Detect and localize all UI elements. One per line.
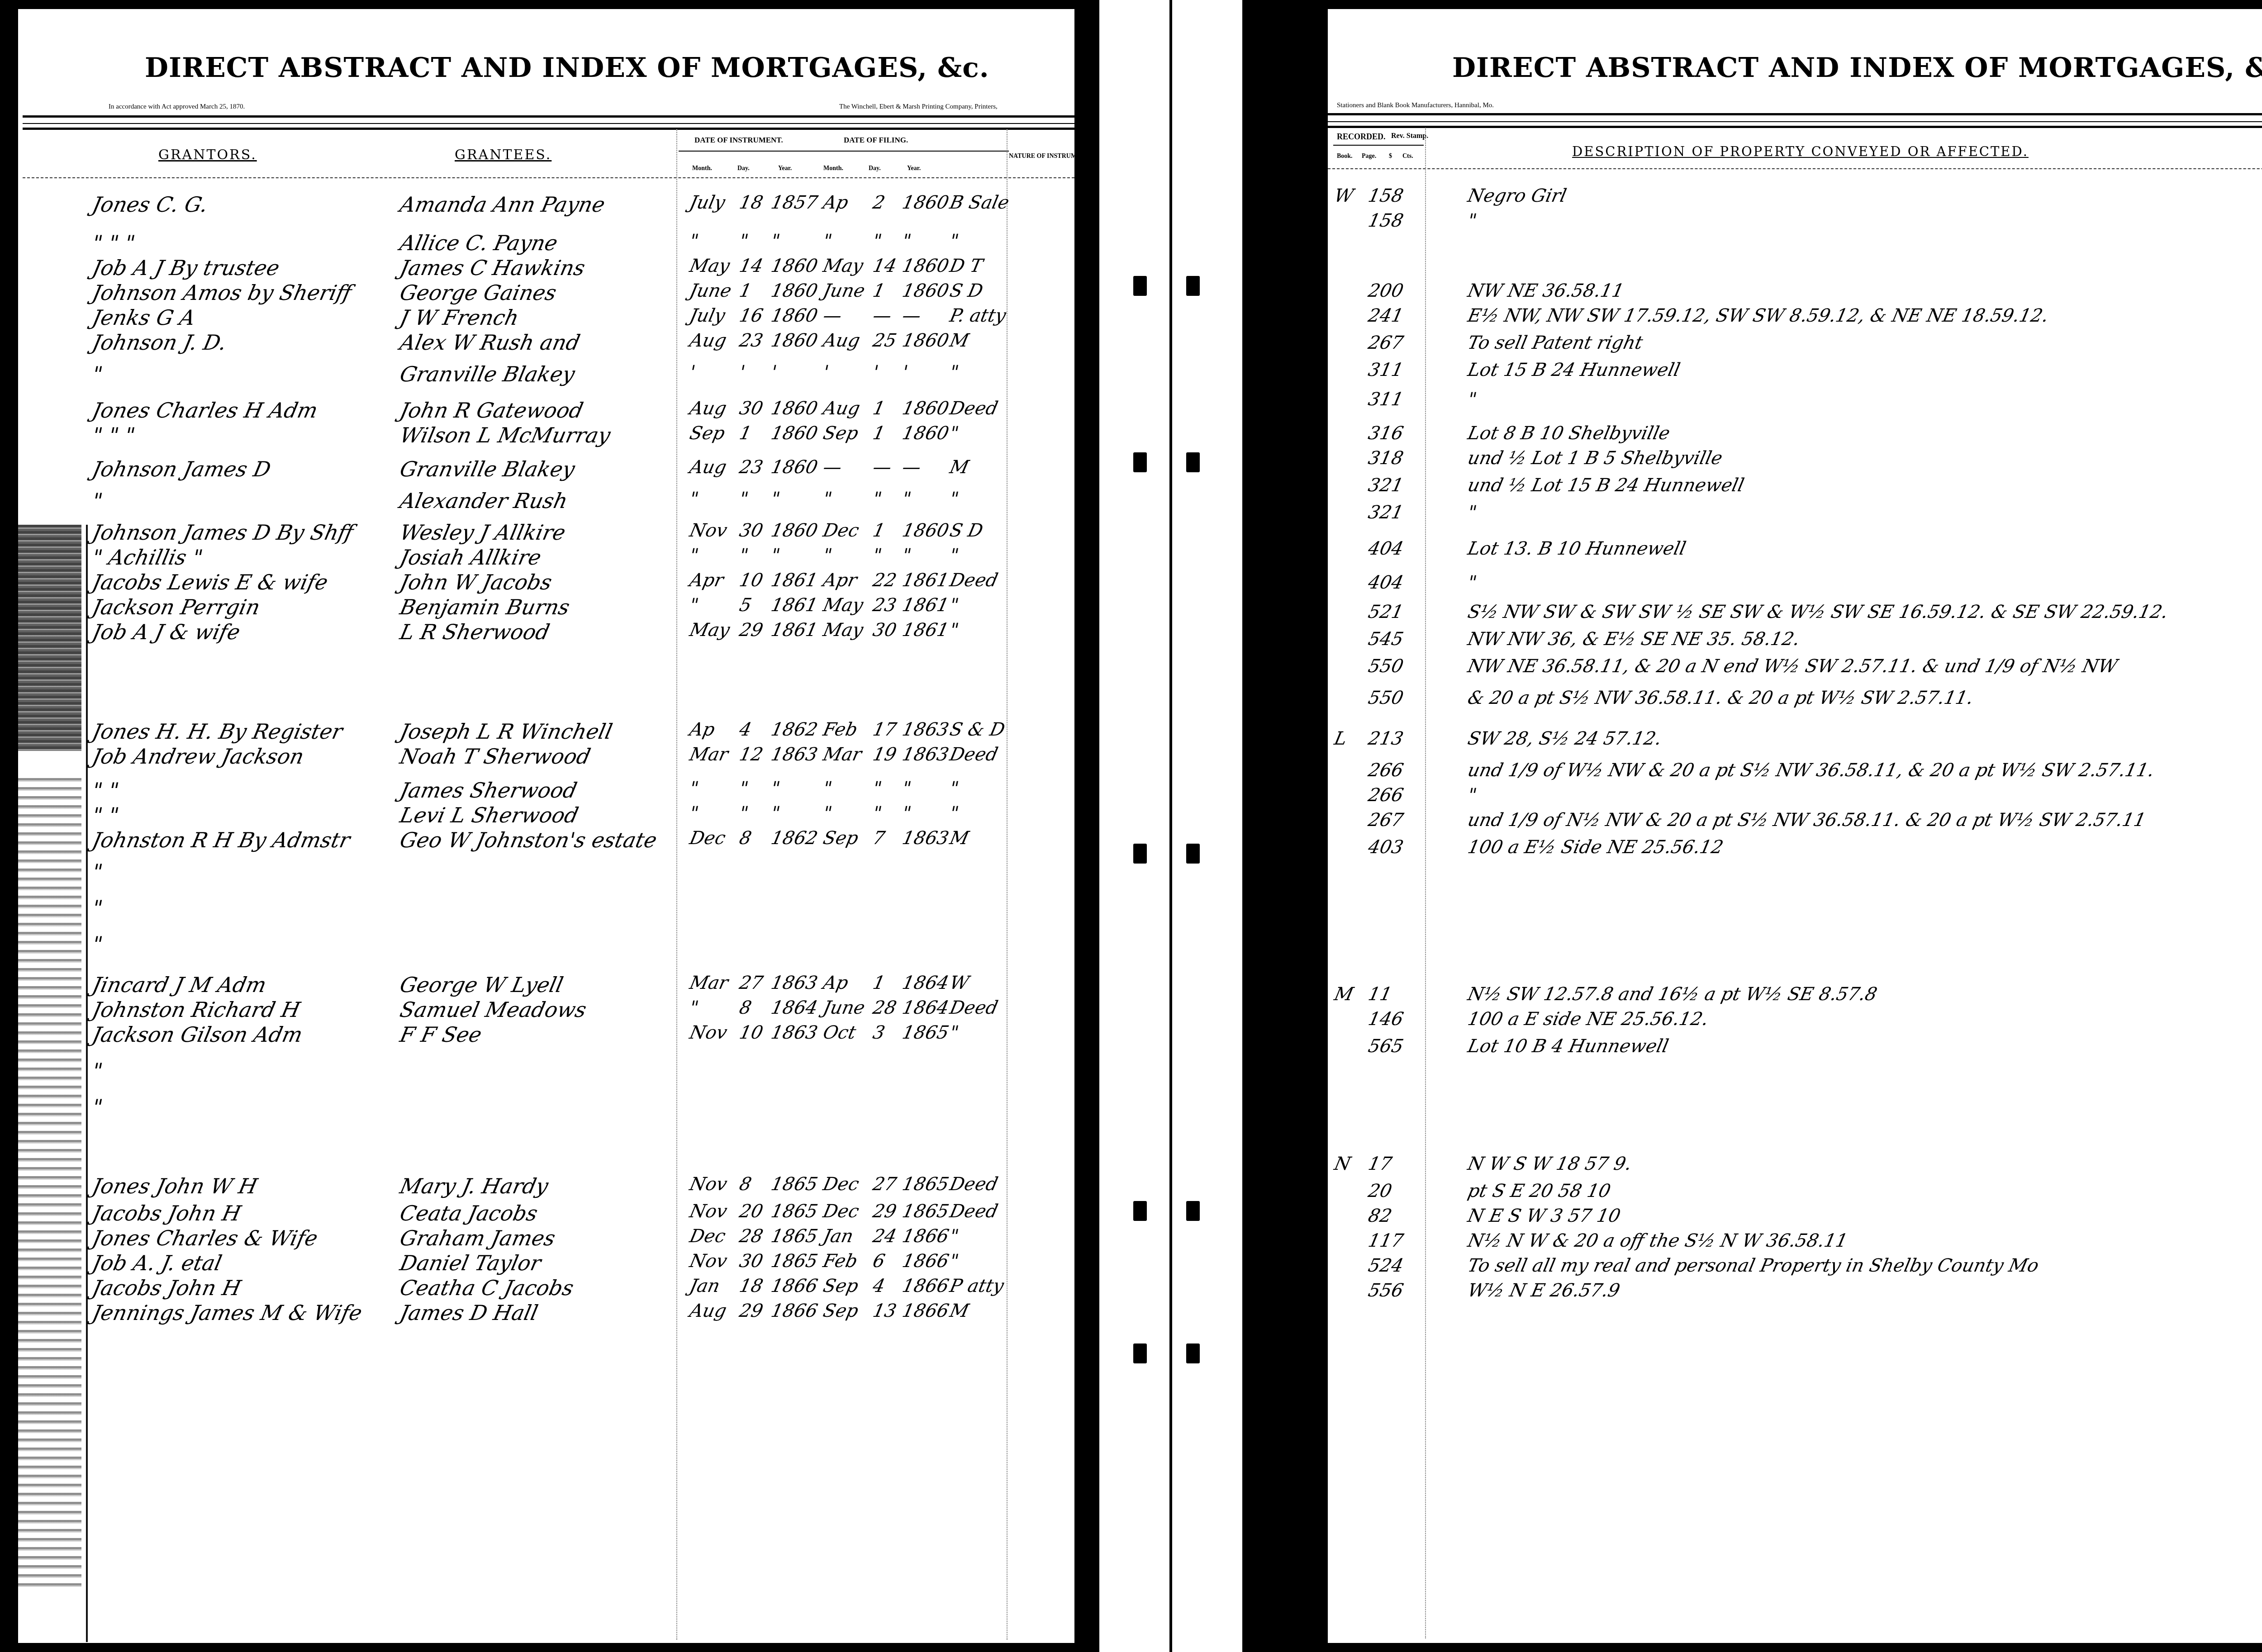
table-row: 321" [1328,502,2262,527]
instrument-month-cell: " [688,803,700,824]
filing-month-cell: Sep [821,1276,860,1296]
table-row: Johnson James D By ShffWesley J AllkireN… [18,520,1074,545]
description-cell: und 1/9 of N½ NW & 20 a pt S½ NW 36.58.1… [1466,810,2148,831]
instrument-month-cell: Nov [688,1174,729,1195]
page-number-cell: 311 [1366,360,1405,380]
column-header-rev-stamp: Rev. Stamp. [1391,132,1428,140]
instrument-year-cell: 1857 [769,192,820,213]
grantee-cell: Granville Blakey [398,457,577,481]
recorded-divider [1333,145,1424,146]
grantor-cell: " " [90,803,121,827]
page-number-cell: 241 [1366,305,1405,326]
nature-cell: S D [948,520,985,541]
instrument-day-cell: 18 [737,192,765,213]
nature-cell: M [948,330,971,351]
table-row: " [18,1095,1074,1120]
grantee-cell: J W French [398,305,521,330]
table-row: 556W½ N E 26.57.9 [1328,1280,2262,1305]
filing-day-cell: 1 [871,973,887,993]
book-cell: L [1332,728,1349,749]
instrument-day-cell: 27 [737,973,765,993]
column-header-date-of-filing: DATE OF FILING. [844,136,908,145]
subheader-year: Year. [778,165,792,172]
nature-cell: P. atty [948,305,1008,326]
filing-year-cell: 1861 [900,620,951,641]
table-row: Jacobs John HCeata JacobsNov201865Dec291… [18,1201,1074,1226]
subheader-dollars: $ [1389,153,1392,160]
nature-cell: B Sale [948,192,1011,213]
grantee-cell: James D Hall [398,1301,540,1325]
table-row: 316Lot 8 B 10 Shelbyville [1328,423,2262,448]
filing-month-cell: Dec [821,520,861,541]
binding-gutter-right [1169,0,1242,1652]
instrument-month-cell: May [688,256,732,276]
instrument-month-cell: July [688,305,727,326]
filing-year-cell: 1860 [900,423,951,444]
table-row: 403100 a E½ Side NE 25.56.12 [1328,837,2262,862]
binding-tab-left [1133,276,1147,296]
instrument-month-cell: " [688,778,700,799]
grantor-cell: Jacobs John H [90,1276,243,1300]
imprint-printer: The Winchell, Ebert & Marsh Printing Com… [839,103,998,111]
filing-month-cell: Dec [821,1174,861,1195]
grantor-cell: " " [90,778,121,802]
table-row: Jones Charles H AdmJohn R GatewoodAug301… [18,398,1074,423]
instrument-year-cell: 1860 [769,330,820,351]
header-rule [1328,126,2262,128]
instrument-day-cell: 23 [737,330,765,351]
filing-month-cell: " [821,545,834,566]
grantee-cell: Samuel Meadows [398,997,589,1022]
instrument-month-cell: May [688,620,732,641]
page-number-cell: 311 [1366,389,1405,410]
table-row: 545NW NW 36, & E½ SE NE 35. 58.12. [1328,629,2262,654]
filing-year-cell: " [900,231,913,252]
instrument-year-cell: " [769,545,782,566]
binding-tab-right [1186,844,1200,864]
binding-tab-right [1186,1201,1200,1221]
table-row: 311Lot 15 B 24 Hunnewell [1328,360,2262,385]
binding-tab-right [1186,1343,1200,1363]
instrument-month-cell: Nov [688,1022,729,1043]
instrument-day-cell: 1 [737,423,753,444]
filing-month-cell: Sep [821,1301,860,1321]
header-rule [23,115,1074,118]
instrument-day-cell: 30 [737,398,765,419]
instrument-year-cell: 1866 [769,1276,820,1296]
grantee-cell: Noah T Sherwood [398,744,593,769]
filing-month-cell: " [821,803,834,824]
instrument-year-cell: 1865 [769,1201,820,1222]
filing-year-cell: 1866 [900,1301,951,1321]
page-number-cell: 565 [1366,1036,1405,1057]
table-row: Job Andrew JacksonNoah T SherwoodMar1218… [18,744,1074,769]
page-number-cell: 404 [1366,572,1405,593]
table-row: Jackson Gilson AdmF F SeeNov101863Oct318… [18,1022,1074,1047]
column-header-nature: NATURE OF INSTRUMENT. [1009,153,1074,160]
filing-year-cell: 1863 [900,719,951,740]
filing-day-cell: " [871,231,884,252]
instrument-year-cell: " [769,231,782,252]
subheader-day: Day. [737,165,750,172]
page-number-cell: 403 [1366,837,1405,858]
grantor-cell: " [90,932,105,956]
instrument-year-cell: " [769,803,782,824]
nature-cell: M [948,1301,971,1321]
instrument-day-cell: 14 [737,256,765,276]
filing-year-cell: 1861 [900,595,951,616]
book-cell: M [1332,984,1355,1005]
imprint-act: In accordance with Act approved March 25… [109,103,245,111]
nature-cell: Deed [948,997,1000,1018]
grantee-cell: James Sherwood [398,778,579,802]
filing-day-cell: " [871,545,884,566]
table-row: W158Negro Girl [1328,185,2262,210]
filing-month-cell: May [821,595,865,616]
grantor-cell: " " " [90,423,137,447]
grantor-cell: " [90,1059,105,1083]
instrument-month-cell: Mar [688,973,730,993]
filing-day-cell: 29 [871,1201,898,1222]
grantor-cell: Job Andrew Jackson [90,744,306,769]
instrument-year-cell: 1860 [769,280,820,301]
grantor-cell: " Achillis " [90,545,205,570]
page-number-cell: 550 [1366,656,1405,677]
description-cell: & 20 a pt S½ NW 36.58.11. & 20 a pt W½ S… [1466,688,1975,708]
filing-day-cell: 28 [871,997,898,1018]
description-cell: Lot 8 B 10 Shelbyville [1466,423,1672,444]
filing-year-cell: 1860 [900,398,951,419]
filing-year-cell: 1863 [900,744,951,765]
left-ledger-page: DIRECT ABSTRACT AND INDEX OF MORTGAGES, … [18,9,1074,1643]
grantor-cell: Jones John W H [90,1174,260,1198]
instrument-day-cell: 18 [737,1276,765,1296]
header-rule [23,128,1074,130]
description-cell: NW NE 36.58.11 [1466,280,1626,301]
instrument-year-cell: 1865 [769,1226,820,1247]
instrument-day-cell: " [737,803,750,824]
filing-month-cell: May [821,256,865,276]
table-row: Job A J & wifeL R SherwoodMay291861May30… [18,620,1074,645]
instrument-day-cell: " [737,778,750,799]
page-title: DIRECT ABSTRACT AND INDEX OF MORTGAGES, … [1452,52,2262,84]
table-row: 117N½ N W & 20 a off the S½ N W 36.58.11 [1328,1230,2262,1255]
grantee-cell: Mary J. Hardy [398,1174,551,1198]
filing-day-cell: 1 [871,398,887,419]
subheader-book: Book. [1337,153,1353,160]
book-cell: W [1332,185,1355,206]
table-row: " " "Allice C. Payne""""""" [18,231,1074,256]
grantee-cell: Benjamin Burns [398,595,572,619]
table-row: 266" [1328,785,2262,810]
subheader-day: Day. [869,165,881,172]
instrument-day-cell: 30 [737,520,765,541]
table-row: 267To sell Patent right [1328,332,2262,357]
page-number-cell: 321 [1366,502,1405,523]
description-cell: und ½ Lot 15 B 24 Hunnewell [1466,475,1746,496]
grantor-cell: Johnston Richard H [90,997,302,1022]
filing-day-cell: 6 [871,1251,887,1272]
instrument-year-cell: 1863 [769,744,820,765]
page-number-cell: 524 [1366,1255,1405,1276]
instrument-month-cell: Aug [688,398,728,419]
table-row: Jones C. G.Amanda Ann PayneJuly181857Ap2… [18,192,1074,217]
filing-year-cell: 1860 [900,520,951,541]
description-cell: S½ NW SW & SW SW ½ SE SW & W½ SW SE 16.5… [1466,602,2170,622]
table-row: " [18,896,1074,921]
grantor-cell: Jones H. H. By Register [90,719,345,744]
instrument-month-cell: " [688,489,700,509]
nature-cell: W [948,973,971,993]
filing-month-cell: — [821,305,844,326]
table-row: Johnston Richard HSamuel Meadows"81864Ju… [18,997,1074,1022]
instrument-month-cell: Ap [688,719,717,740]
description-cell: N W S W 18 57 9. [1466,1154,1634,1174]
description-cell: " [1466,210,1478,231]
instrument-month-cell: Aug [688,457,728,478]
binding-tab-right [1186,276,1200,296]
filing-year-cell: — [900,305,923,326]
right-ledger-page: DIRECT ABSTRACT AND INDEX OF MORTGAGES, … [1328,9,2262,1643]
filing-day-cell: 1 [871,280,887,301]
grantor-cell: " [90,859,105,884]
filing-month-cell: Ap [821,973,850,993]
instrument-year-cell: 1862 [769,719,820,740]
grantor-cell: Johnson J. D. [90,330,228,355]
page-margin-line [86,525,88,1642]
instrument-month-cell: " [688,595,700,616]
filing-month-cell: Jan [821,1226,855,1247]
column-divider [676,129,677,1640]
imprint-stationers: Stationers and Blank Book Manufacturers,… [1337,102,1494,109]
binding-gutter-left [1099,0,1169,1652]
instrument-day-cell: 12 [737,744,765,765]
filing-month-cell: " [821,778,834,799]
instrument-month-cell: Nov [688,1201,729,1222]
header-bottom-rule [1328,168,2262,169]
header-bottom-rule [23,177,1074,178]
description-cell: " [1466,572,1478,593]
page-number-cell: 321 [1366,475,1405,496]
instrument-day-cell: 1 [737,280,753,301]
description-cell: SW 28, S½ 24 57.12. [1466,728,1663,749]
instrument-month-cell: Dec [688,828,727,849]
filing-year-cell: " [900,545,913,566]
column-header-date-of-instrument: DATE OF INSTRUMENT. [694,136,783,145]
page-number-cell: 266 [1366,760,1405,781]
filing-year-cell: 1860 [900,330,951,351]
grantor-cell: " [90,362,105,386]
page-number-cell: 545 [1366,629,1405,650]
table-row: Johnston R H By AdmstrGeo W Johnston's e… [18,828,1074,853]
grantor-cell: " [90,489,105,513]
filing-year-cell: 1866 [900,1251,951,1272]
table-row: 321und ½ Lot 15 B 24 Hunnewell [1328,475,2262,500]
page-number-cell: 11 [1366,984,1394,1005]
filing-day-cell: ' [871,362,880,383]
instrument-day-cell: 8 [737,997,753,1018]
instrument-year-cell: 1863 [769,973,820,993]
filing-day-cell: " [871,489,884,509]
filing-month-cell: June [821,997,867,1018]
filing-month-cell: — [821,457,844,478]
page-number-cell: 267 [1366,810,1405,831]
filing-year-cell: 1864 [900,973,951,993]
filing-day-cell: — [871,457,893,478]
filing-day-cell: 2 [871,192,887,213]
grantee-cell: John R Gatewood [398,398,585,422]
filing-year-cell: 1865 [900,1022,951,1043]
page-number-cell: 146 [1366,1009,1405,1030]
instrument-day-cell: 29 [737,620,765,641]
table-row: 266und 1/9 of W½ NW & 20 a pt S½ NW 36.5… [1328,760,2262,785]
table-row: 565Lot 10 B 4 Hunnewell [1328,1036,2262,1061]
grantor-cell: Johnston R H By Admstr [90,828,352,852]
grantee-cell: Joseph L R Winchell [398,719,614,744]
filing-year-cell: — [900,457,923,478]
table-row: "Granville Blakey''''''" [18,362,1074,387]
instrument-year-cell: 1861 [769,595,820,616]
filing-day-cell: 7 [871,828,887,849]
instrument-year-cell: " [769,778,782,799]
instrument-year-cell: 1860 [769,520,820,541]
grantor-cell: " [90,1095,105,1119]
header-rule [1328,113,2262,115]
page-number-cell: 556 [1366,1280,1405,1301]
filing-year-cell: 1865 [900,1201,951,1222]
description-cell: und 1/9 of W½ NW & 20 a pt S½ NW 36.58.1… [1466,760,2156,781]
filing-month-cell: ' [821,362,831,383]
page-number-cell: 213 [1366,728,1405,749]
grantor-cell: Johnson James D [90,457,273,481]
column-divider [1007,129,1007,1640]
instrument-year-cell: 1861 [769,570,820,591]
table-row: Johnson James DGranville BlakeyAug231860… [18,457,1074,482]
nature-cell: Deed [948,398,1000,419]
description-cell: und ½ Lot 1 B 5 Shelbyville [1466,448,1724,469]
table-row: 82N E S W 3 57 10 [1328,1206,2262,1230]
nature-cell: Deed [948,1201,1000,1222]
filing-year-cell: 1860 [900,280,951,301]
table-row: Job A J By trusteeJames C HawkinsMay1418… [18,256,1074,280]
grantor-cell: Job A J & wife [90,620,242,644]
filing-month-cell: Feb [821,719,860,740]
instrument-day-cell: 8 [737,828,753,849]
table-row: L213SW 28, S½ 24 57.12. [1328,728,2262,753]
subheader-cents: Cts. [1402,153,1413,160]
nature-cell: " [948,362,960,383]
instrument-day-cell: 29 [737,1301,765,1321]
binding-tab-left [1133,1201,1147,1221]
instrument-year-cell: 1860 [769,457,820,478]
subheader-month: Month. [692,165,712,172]
nature-cell: S D [948,280,985,301]
grantor-cell: Jenks G A [90,305,197,330]
filing-year-cell: 1864 [900,997,951,1018]
filing-month-cell: Aug [821,398,862,419]
instrument-month-cell: Aug [688,1301,728,1321]
nature-cell: " [948,778,960,799]
table-row: Johnson Amos by SheriffGeorge GainesJune… [18,280,1074,305]
filing-month-cell: " [821,231,834,252]
instrument-day-cell: " [737,489,750,509]
instrument-year-cell: 1863 [769,1022,820,1043]
grantor-cell: Jackson Gilson Adm [90,1022,305,1047]
instrument-month-cell: " [688,231,700,252]
instrument-day-cell: 30 [737,1251,765,1272]
grantee-cell: John W Jacobs [398,570,554,594]
description-cell: 100 a E side NE 25.56.12. [1466,1009,1710,1030]
table-row: Jacobs Lewis E & wifeJohn W JacobsApr101… [18,570,1074,595]
page-number-cell: 318 [1366,448,1405,469]
table-row: Jennings James M & WifeJames D HallAug29… [18,1301,1074,1325]
table-row: " " "Wilson L McMurraySep11860Sep11860" [18,423,1074,448]
table-row: " [18,1059,1074,1083]
filing-year-cell: 1863 [900,828,951,849]
instrument-day-cell: ' [737,362,747,383]
table-row: 20pt S E 20 58 10 [1328,1181,2262,1206]
grantor-cell: Job A J By trustee [90,256,282,280]
date-divider-rule [679,151,1009,152]
table-row: "Alexander Rush""""""" [18,489,1074,513]
filing-day-cell: 25 [871,330,898,351]
table-row: 521S½ NW SW & SW SW ½ SE SW & W½ SW SE 1… [1328,602,2262,627]
filing-month-cell: May [821,620,865,641]
instrument-month-cell: " [688,545,700,566]
page-number-cell: 316 [1366,423,1405,444]
grantor-cell: Johnson James D By Shff [90,520,356,545]
grantor-cell: Johnson Amos by Sheriff [90,280,354,305]
filing-year-cell: " [900,489,913,509]
grantee-cell: Ceatha C Jacobs [398,1276,576,1300]
instrument-month-cell: Nov [688,520,729,541]
filing-month-cell: June [821,280,867,301]
table-row: " "Levi L Sherwood""""""" [18,803,1074,828]
description-cell: " [1466,389,1478,410]
table-row: Jenks G AJ W FrenchJuly161860———P. atty [18,305,1074,330]
instrument-day-cell: 10 [737,1022,765,1043]
page-number-cell: 158 [1366,210,1405,231]
grantee-cell: Daniel Taylor [398,1251,543,1275]
instrument-year-cell: 1860 [769,305,820,326]
description-cell: Negro Girl [1466,185,1568,206]
instrument-month-cell: June [688,280,733,301]
filing-month-cell: Apr [821,570,859,591]
nature-cell: Deed [948,1174,1000,1195]
page-number-cell: 267 [1366,332,1405,353]
binding-tab-left [1133,452,1147,472]
filing-year-cell: " [900,803,913,824]
instrument-day-cell: 8 [737,1174,753,1195]
nature-cell: M [948,828,971,849]
page-number-cell: 82 [1366,1206,1394,1226]
table-row: Jones H. H. By RegisterJoseph L R Winche… [18,719,1074,744]
instrument-month-cell: Nov [688,1251,729,1272]
filing-month-cell: Oct [821,1022,858,1043]
grantor-cell: Jincard J M Adm [90,973,269,997]
grantor-cell: Job A. J. etal [90,1251,224,1275]
grantee-cell: Wilson L McMurray [398,423,613,447]
instrument-month-cell: July [688,192,727,213]
filing-month-cell: Mar [821,744,864,765]
instrument-day-cell: 4 [737,719,753,740]
description-cell: 100 a E½ Side NE 25.56.12 [1466,837,1725,858]
instrument-day-cell: 16 [737,305,765,326]
table-row: N17N W S W 18 57 9. [1328,1154,2262,1178]
filing-day-cell: 23 [871,595,898,616]
description-cell: N½ SW 12.57.8 and 16½ a pt W½ SE 8.57.8 [1466,984,1879,1005]
table-row: 158" [1328,210,2262,235]
